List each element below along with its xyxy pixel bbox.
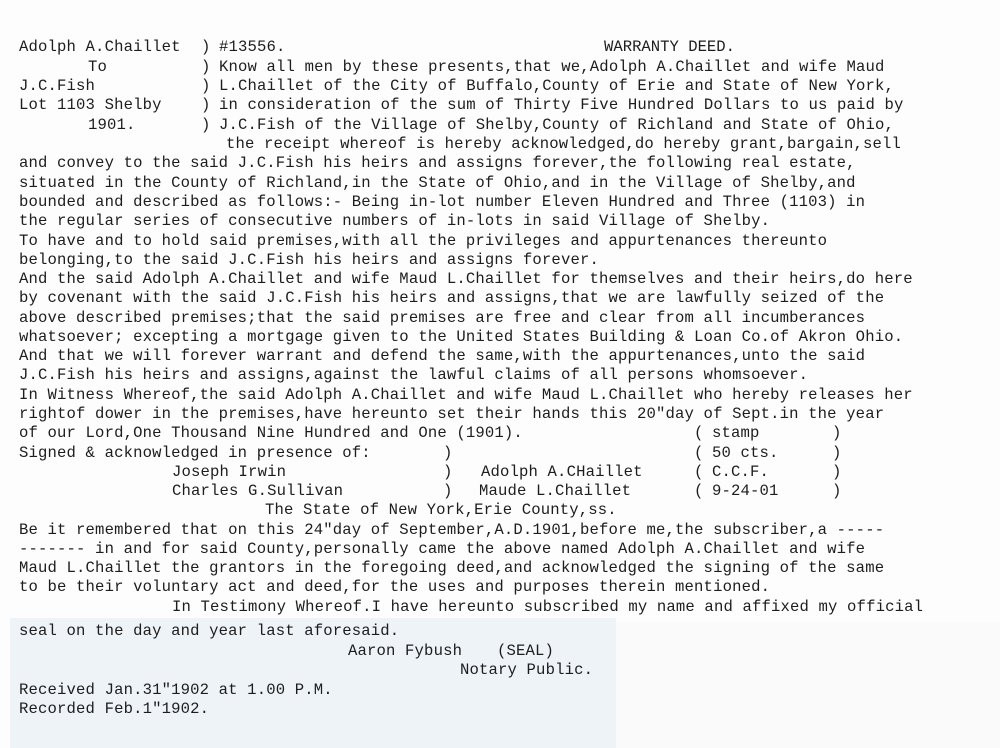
- stamp-line: 9-24-01: [712, 482, 779, 500]
- received-line: Received Jan.31"1902 at 1.00 P.M.: [19, 681, 333, 699]
- body-line: whatsoever; excepting a mortgage given t…: [19, 328, 903, 346]
- signing-bracket: ): [443, 444, 453, 462]
- signing-bracket: ): [443, 463, 453, 481]
- signing-bracket: ): [443, 482, 453, 500]
- body-line: belonging,to the said J.C.Fish his heirs…: [19, 251, 599, 269]
- caption-bracket: ): [201, 77, 211, 95]
- body-line: and convey to the said J.C.Fish his heir…: [19, 154, 856, 172]
- recorded-line: Recorded Feb.1"1902.: [19, 700, 209, 718]
- body-line: above described premises;that the said p…: [19, 309, 865, 327]
- body-line: And the said Adolph A.Chaillet and wife …: [19, 270, 913, 288]
- body-line: Know all men by these presents,that we,A…: [219, 58, 885, 76]
- body-line: rightof dower in the premises,have hereu…: [19, 405, 884, 423]
- testimony-continued: seal on the day and year last aforesaid.: [19, 622, 399, 640]
- caption-bracket: ): [201, 116, 211, 134]
- document-title: WARRANTY DEED.: [604, 38, 735, 56]
- witness-name: Joseph Irwin: [172, 463, 286, 481]
- body-line: bounded and described as follows:- Being…: [19, 193, 865, 211]
- body-line: the receipt whereof is hereby acknowledg…: [226, 135, 901, 153]
- body-line: J.C.Fish of the Village of Shelby,County…: [219, 116, 894, 134]
- acknowledgment-line: Be it remembered that on this 24"day of …: [19, 521, 884, 539]
- signer-name: Adolph A.CHaillet: [481, 463, 643, 481]
- witness-label: Signed & acknowledged in presence of:: [19, 444, 371, 462]
- witness-name: Charles G.Sullivan: [172, 482, 343, 500]
- stamp-line: stamp: [712, 424, 760, 442]
- caption-year: 1901.: [88, 116, 136, 134]
- caption-bracket: ): [201, 58, 211, 76]
- body-line: L.Chaillet of the City of Buffalo,County…: [219, 77, 894, 95]
- stamp-bracket: (: [694, 444, 704, 462]
- stamp-bracket: (: [694, 424, 704, 442]
- scan-light-region: [616, 622, 1000, 748]
- caption-bracket: ): [201, 96, 211, 114]
- body-line: of our Lord,One Thousand Nine Hundred an…: [19, 424, 523, 442]
- testimony-line: In Testimony Whereof.I have hereunto sub…: [172, 598, 923, 616]
- stamp-line: 50 cts.: [712, 444, 779, 462]
- caption-grantor: Adolph A.Chaillet: [19, 38, 181, 56]
- body-line: by covenant with the said J.C.Fish his h…: [19, 289, 884, 307]
- body-line: J.C.Fish his heirs and assigns,against t…: [19, 366, 808, 384]
- stamp-bracket: ): [832, 463, 842, 481]
- stamp-line: C.C.F.: [712, 463, 769, 481]
- instrument-number: #13556.: [219, 38, 286, 56]
- stamp-bracket: (: [694, 463, 704, 481]
- stamp-bracket: (: [694, 482, 704, 500]
- venue: The State of New York,Erie County,ss.: [265, 501, 617, 519]
- stamp-bracket: ): [832, 424, 842, 442]
- notary-title: Notary Public.: [460, 661, 593, 679]
- signer-name: Maude L.Chaillet: [479, 482, 631, 500]
- stamp-bracket: ): [832, 444, 842, 462]
- notary-name: Aaron Fybush: [348, 642, 462, 660]
- body-line: And that we will forever warrant and def…: [19, 347, 865, 365]
- body-line: To have and to hold said premises,with a…: [19, 232, 827, 250]
- body-line: the regular series of consecutive number…: [19, 212, 770, 230]
- caption-grantee: J.C.Fish: [19, 77, 95, 95]
- notary-seal: (SEAL): [497, 642, 554, 660]
- caption-lot: Lot 1103 Shelby: [19, 96, 162, 114]
- body-line: situated in the County of Richland,in th…: [19, 174, 856, 192]
- caption-to: To: [88, 58, 107, 76]
- body-line: In Witness Whereof,the said Adolph A.Cha…: [19, 386, 913, 404]
- body-line: in consideration of the sum of Thirty Fi…: [219, 96, 904, 114]
- acknowledgment-line: ------- in and for said County,personall…: [19, 540, 865, 558]
- stamp-bracket: ): [832, 482, 842, 500]
- acknowledgment-line: Maud L.Chaillet the grantors in the fore…: [19, 559, 884, 577]
- caption-bracket: ): [201, 38, 211, 56]
- acknowledgment-line: to be their voluntary act and deed,for t…: [19, 578, 770, 596]
